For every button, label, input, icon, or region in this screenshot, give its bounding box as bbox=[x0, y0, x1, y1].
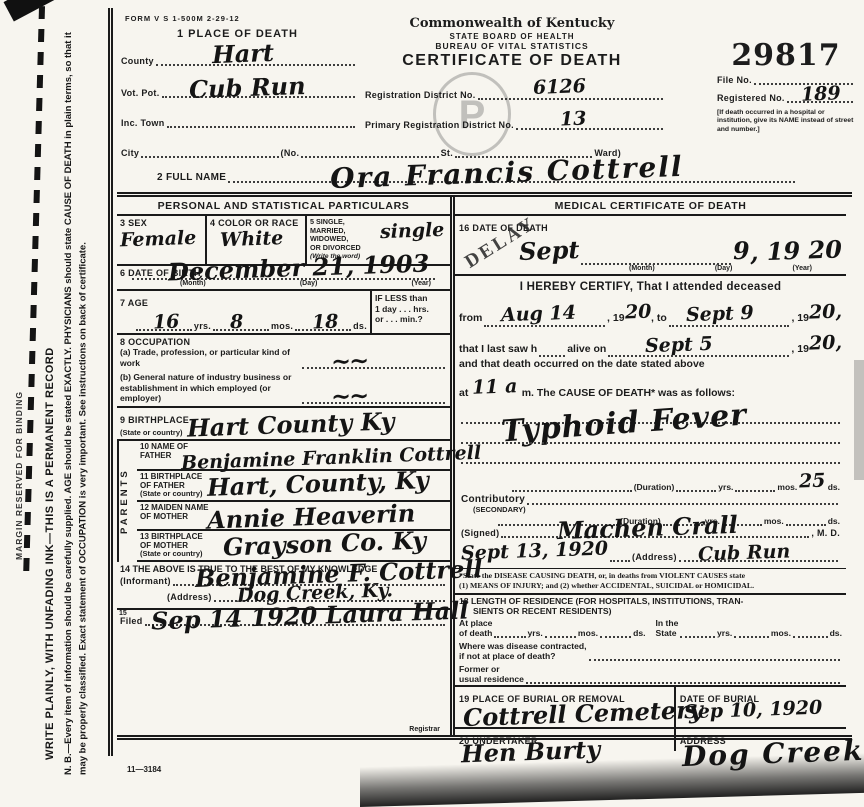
certify-block: I HEREBY CERTIFY, That I attended deceas… bbox=[455, 276, 846, 402]
county-value: Hart bbox=[211, 38, 274, 69]
occupation-b-label: (b) General nature of industry business … bbox=[120, 372, 300, 404]
file-number: 29817 bbox=[717, 38, 855, 73]
dod-month-value: Sept bbox=[519, 235, 580, 266]
header-right: 29817 File No. Registered No. 189 [If de… bbox=[717, 38, 855, 134]
marital-value: single bbox=[379, 219, 444, 243]
form-body: PERSONAL AND STATISTICAL PARTICULARS 3 S… bbox=[117, 192, 852, 740]
inctown-line bbox=[167, 126, 355, 128]
contributory-label: Contributory bbox=[461, 494, 525, 505]
age-ds-label: ds. bbox=[353, 321, 367, 331]
from-value: Aug 14 bbox=[501, 299, 577, 330]
city-label: City bbox=[121, 148, 139, 158]
inc-town-row: Inc. Town bbox=[121, 118, 357, 128]
contributory-line bbox=[527, 503, 838, 505]
certify-open: I HEREBY CERTIFY, That I attended deceas… bbox=[459, 279, 842, 296]
disease-q-1: Where was disease contracted, bbox=[459, 641, 587, 651]
in-the-1: In the bbox=[656, 618, 679, 628]
primdist-line: 13 bbox=[516, 128, 663, 130]
city-no-line bbox=[301, 156, 438, 158]
margin-binding-text: MARGIN RESERVED FOR BINDING bbox=[14, 180, 24, 560]
death-certificate-scan: MARGIN RESERVED FOR BINDING WRITE PLAINL… bbox=[0, 0, 864, 807]
certificate-form: FORM V S 1-500M 2-29-12 1 PLACE OF DEATH… bbox=[108, 8, 852, 756]
residence-label-1: 18 LENGTH OF RESIDENCE (FOR HOSPITALS, I… bbox=[459, 596, 842, 606]
undertaker-address-cell: ADDRESS Dog Creek bbox=[676, 729, 846, 751]
burial-date-value: Sep 10, 1920 bbox=[683, 696, 822, 723]
year-prefix-c: , 19 bbox=[791, 342, 809, 358]
mother-bp-sub: (State or country) bbox=[140, 550, 235, 559]
personal-title: PERSONAL AND STATISTICAL PARTICULARS bbox=[117, 197, 450, 216]
informant-address-label: (Address) bbox=[167, 592, 212, 602]
signed-line: Machen Crall bbox=[501, 536, 809, 538]
undertaker-value: Hen Burty bbox=[461, 734, 601, 768]
filed-cell: 15 Filed Sep 14 1920 Laura Hall Registra… bbox=[117, 608, 450, 735]
age-ds-line: 18 bbox=[295, 329, 351, 331]
circular-stamp: P bbox=[433, 72, 511, 156]
dob-year-label: (Year) bbox=[412, 280, 431, 287]
in-the-2: State bbox=[656, 628, 679, 638]
residence-label-2: SIENTS OR RECENT RESIDENTS) bbox=[459, 606, 842, 616]
to-year: 20, bbox=[808, 298, 842, 328]
votpot-value: Cub Run bbox=[188, 71, 305, 104]
parents-block: PARENTS 10 NAME OF FATHER Benjamine Fran… bbox=[117, 441, 450, 562]
primary-district-row: Primary Registration District No. 13 bbox=[365, 120, 665, 130]
occupation-b-line: ~~ bbox=[302, 402, 445, 404]
sex-value: Female bbox=[120, 227, 203, 252]
former-1: Former or bbox=[459, 664, 524, 674]
age-yrs-line: 16 bbox=[136, 329, 192, 331]
m-cause-label: m. The CAUSE OF DEATH* was as follows: bbox=[522, 386, 735, 402]
hospital-note: [If death occurred in a hospital or inst… bbox=[717, 109, 855, 134]
place-of-burial-cell: 19 PLACE OF BURIAL OR REMOVAL Cottrell C… bbox=[455, 687, 676, 727]
city-no-label: (No. bbox=[281, 148, 300, 158]
occupation-b-value: ~~ bbox=[330, 381, 367, 411]
lastsaw-blank bbox=[539, 355, 565, 357]
at-label: at bbox=[459, 386, 468, 402]
undertaker-cell: 20 UNDERTAKER Hen Burty bbox=[455, 729, 676, 751]
footnote-line-1: *State the DISEASE CAUSING DEATH, or, in… bbox=[459, 571, 842, 581]
age-mos-label: mos. bbox=[271, 321, 293, 331]
age-yrs-label: yrs. bbox=[194, 321, 211, 331]
fullname-line: Ora Francis Cottrell bbox=[228, 181, 795, 183]
registered-label: Registered No. bbox=[717, 93, 785, 103]
cause-line-1: Typhoid Fever bbox=[461, 404, 840, 424]
file-no-label: File No. bbox=[717, 75, 752, 85]
signed-address-label: (Address) bbox=[632, 552, 677, 562]
age-yrs-value: 16 bbox=[152, 311, 179, 334]
if-less-note: IF LESS than 1 day . . . hrs. or . . . m… bbox=[372, 291, 450, 333]
county-line: Hart bbox=[156, 64, 355, 66]
cause-duration-row: (Duration) yrs. mos. 25 ds. bbox=[455, 466, 846, 494]
form-print-code: 11—3184 bbox=[127, 765, 161, 774]
form-code: FORM V S 1-500M 2-29-12 bbox=[125, 14, 240, 23]
dob-line: December 21, 1903 bbox=[132, 278, 435, 280]
state-board-title: STATE BOARD OF HEALTH bbox=[367, 32, 657, 41]
birthplace-value: Hart County Ky bbox=[187, 407, 395, 443]
personal-column: PERSONAL AND STATISTICAL PARTICULARS 3 S… bbox=[117, 197, 455, 735]
full-name-row: 2 FULL NAME Ora Francis Cottrell bbox=[157, 172, 797, 183]
from-year: 20 bbox=[624, 298, 651, 327]
binding-dash-strip bbox=[23, 6, 45, 581]
dod-day-label: (Day) bbox=[715, 265, 733, 272]
primdist-value: 13 bbox=[560, 108, 587, 131]
duration2-mos-label: mos. bbox=[764, 516, 784, 526]
age-mos-value: 8 bbox=[229, 311, 243, 333]
lastsaw-value: Sept 5 bbox=[644, 330, 713, 361]
birthplace-label: 9 BIRTHPLACE bbox=[120, 415, 189, 425]
cause-line-3 bbox=[461, 444, 840, 464]
mother-bp-label-1: 13 BIRTHPLACE bbox=[140, 532, 235, 541]
res-mos-1: mos. bbox=[578, 628, 598, 638]
father-birthplace-cell: 11 BIRTHPLACE OF FATHER (State or countr… bbox=[137, 471, 450, 502]
dod-day-value: 9 bbox=[733, 236, 751, 266]
year-prefix-a: , 19 bbox=[607, 311, 625, 327]
year-prefix-b: , 19 bbox=[791, 311, 809, 327]
cause-line-2 bbox=[461, 424, 840, 444]
fullname-label: 2 FULL NAME bbox=[157, 172, 226, 183]
age-label: 7 AGE bbox=[120, 298, 148, 308]
age-row: 7 AGE 16 yrs. 8 mos. 18 bbox=[117, 291, 450, 335]
occupation-a-label: (a) Trade, profession, or particular kin… bbox=[120, 347, 300, 368]
dod-month-label: (Month) bbox=[629, 265, 655, 272]
birthplace-cell: 9 BIRTHPLACE (State or country) Hart Cou… bbox=[117, 408, 450, 441]
signed-date-value: Sept 13, 1920 bbox=[461, 537, 609, 564]
county-row: County Hart bbox=[121, 56, 357, 66]
res-yrs-2: yrs. bbox=[717, 628, 732, 638]
dod-line-fill bbox=[581, 263, 731, 265]
res-ds-1: ds. bbox=[633, 628, 645, 638]
filed-line: Sep 14 1920 Laura Hall bbox=[145, 624, 445, 626]
age-ds-value: 18 bbox=[312, 311, 339, 334]
dod-year-label: (Year) bbox=[793, 265, 812, 272]
registered-no-row: Registered No. 189 bbox=[717, 93, 855, 103]
to-label: , to bbox=[651, 311, 667, 327]
bureau-title: BUREAU OF VITAL STATISTICS bbox=[367, 41, 657, 51]
former-residence-row: Former or usual residence bbox=[459, 664, 842, 684]
at-place-cell: At place of death yrs. mos. ds. bbox=[459, 618, 646, 638]
md-label: , M. D. bbox=[811, 528, 840, 538]
lastsaw-line: Sept 5 bbox=[608, 355, 789, 357]
time-value: 11 a bbox=[472, 372, 518, 402]
item-15-number: 15 bbox=[119, 610, 127, 617]
undertaker-row: 20 UNDERTAKER Hen Burty ADDRESS Dog Cree… bbox=[455, 727, 846, 751]
duration-label: (Duration) bbox=[634, 482, 675, 492]
parents-side-label: PARENTS bbox=[117, 441, 137, 562]
margin-nb-note: N. B.—Every item of information should b… bbox=[62, 30, 106, 775]
in-state-cell: In the State yrs. mos. ds. bbox=[646, 618, 843, 638]
regdist-label: Registration District No. bbox=[365, 90, 476, 100]
cause-of-death-area: Typhoid Fever bbox=[455, 402, 846, 466]
disease-contracted-row: Where was disease contracted, if not at … bbox=[459, 641, 842, 661]
dob-cell: 6 DATE OF BIRTH December 21, 1903 (Month… bbox=[117, 266, 450, 291]
duration-ds-label: ds. bbox=[828, 482, 840, 492]
filed-label: Filed bbox=[120, 616, 143, 626]
header-center: Commonwealth of Kentucky STATE BOARD OF … bbox=[367, 16, 657, 70]
footnote-line-2: (1) MEANS OF INJURY; and (2) whether ACC… bbox=[459, 581, 842, 591]
scan-corner-artifact bbox=[4, 0, 55, 22]
residence-block: 18 LENGTH OF RESIDENCE (FOR HOSPITALS, I… bbox=[455, 595, 846, 685]
res-mos-2: mos. bbox=[771, 628, 791, 638]
duration-yrs-label: yrs. bbox=[718, 482, 733, 492]
occupation-a-value: ~~ bbox=[330, 345, 367, 375]
medical-column: MEDICAL CERTIFICATE OF DEATH 16 DATE OF … bbox=[455, 197, 852, 735]
commonwealth-title: Commonwealth of Kentucky bbox=[367, 16, 657, 31]
margin-write-plainly-text: WRITE PLAINLY, WITH UNFADING INK—THIS IS… bbox=[44, 60, 56, 760]
date-of-burial-cell: DATE OF BURIAL Sep 10, 1920 bbox=[676, 687, 846, 727]
res-yrs-1: yrs. bbox=[528, 628, 543, 638]
primdist-label: Primary Registration District No. bbox=[365, 120, 514, 130]
less-note-1: IF LESS than bbox=[375, 293, 447, 303]
lastsaw-year: 20, bbox=[808, 328, 842, 358]
race-value: White bbox=[210, 226, 303, 251]
less-note-3: or . . . min.? bbox=[375, 314, 447, 324]
medical-title: MEDICAL CERTIFICATE OF DEATH bbox=[455, 197, 846, 216]
votpot-line: Cub Run bbox=[162, 96, 355, 98]
form-header: FORM V S 1-500M 2-29-12 1 PLACE OF DEATH… bbox=[117, 10, 852, 192]
age-cell: 7 AGE 16 yrs. 8 mos. 18 bbox=[117, 291, 372, 333]
inctown-label: Inc. Town bbox=[121, 118, 165, 128]
lastsaw-label: that I last saw h bbox=[459, 342, 537, 358]
signed-address-value: Cub Run bbox=[698, 540, 791, 565]
date-of-death-cell: 16 DATE OF DEATH DELAY Sept 9 , 19 20 (M… bbox=[455, 216, 846, 276]
regdist-value: 6126 bbox=[533, 75, 587, 99]
less-note-2: 1 day . . . hrs. bbox=[375, 304, 447, 314]
regdist-line: 6126 bbox=[478, 98, 663, 100]
duration2-ds-label: ds. bbox=[828, 516, 840, 526]
registrar-label: Registrar bbox=[409, 726, 440, 733]
to-line: Sept 9 bbox=[669, 325, 790, 327]
county-label: County bbox=[121, 56, 154, 66]
voting-precinct-row: Vot. Pot. Cub Run bbox=[121, 88, 357, 98]
burial-row: 19 PLACE OF BURIAL OR REMOVAL Cottrell C… bbox=[455, 685, 846, 727]
dod-year-value: , 19 20 bbox=[750, 234, 843, 266]
signed-row: (Signed) Machen Crall , M. D. bbox=[455, 528, 846, 538]
violent-causes-footnote: *State the DISEASE CAUSING DEATH, or, in… bbox=[455, 568, 846, 595]
former-2: usual residence bbox=[459, 674, 524, 684]
city-line bbox=[141, 156, 278, 158]
age-mos-line: 8 bbox=[213, 329, 269, 331]
duration-mos-label: mos. bbox=[777, 482, 797, 492]
to-value: Sept 9 bbox=[685, 299, 754, 330]
occupation-a-line: ~~ bbox=[302, 367, 445, 369]
signed-label: (Signed) bbox=[461, 528, 499, 538]
registration-district-row: Registration District No. 6126 bbox=[365, 90, 665, 100]
disease-q-2: if not at place of death? bbox=[459, 651, 587, 661]
undertaker-address-value: Dog Creek bbox=[681, 734, 864, 773]
father-birthplace-value: Hart, County, Ky bbox=[207, 465, 430, 502]
res-ds-2: ds. bbox=[830, 628, 842, 638]
from-line: Aug 14 bbox=[484, 325, 605, 327]
occupation-cell: 8 OCCUPATION (a) Trade, profession, or p… bbox=[117, 335, 450, 408]
from-label: from bbox=[459, 311, 482, 327]
registered-value: 189 bbox=[801, 82, 841, 105]
at-place-2: of death bbox=[459, 628, 492, 638]
occupation-label: 8 OCCUPATION bbox=[120, 337, 447, 347]
signed-address-line: Cub Run bbox=[679, 560, 838, 562]
alive-label: alive on bbox=[567, 342, 606, 358]
certificate-title: CERTIFICATE OF DEATH bbox=[367, 52, 657, 70]
registered-line: 189 bbox=[787, 101, 853, 103]
informant-label: (Informant) bbox=[120, 576, 171, 586]
cause-duration-ds-value: 25 bbox=[799, 469, 826, 492]
votpot-label: Vot. Pot. bbox=[121, 88, 160, 98]
scan-edge-smudge bbox=[854, 360, 864, 480]
